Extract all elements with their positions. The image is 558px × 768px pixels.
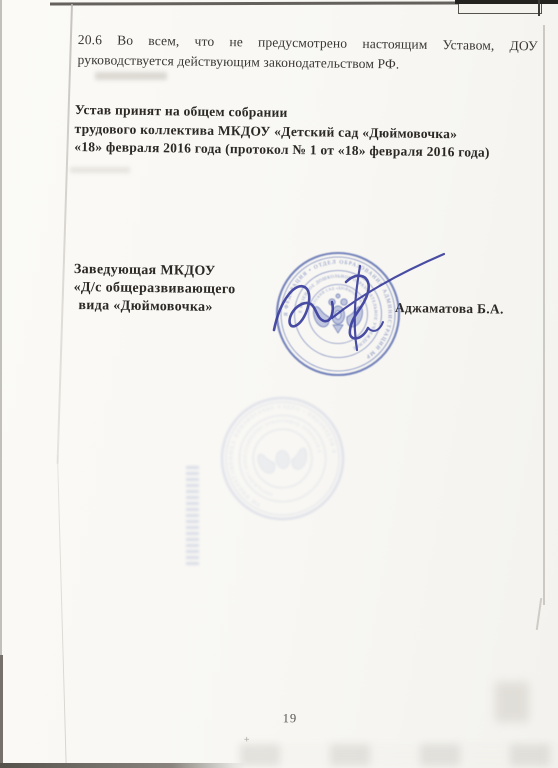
- bleed-stamp-emblem: [257, 447, 308, 474]
- signatory-line-3: вида «Дюймовочка»: [73, 297, 235, 317]
- signatory-line-2: «Д/с общеразвивающего: [73, 279, 235, 299]
- clause-20-6-paragraph: 20.6 Во всем, что не предусмотрено насто…: [77, 30, 538, 76]
- scan-top-edge-line-right: [455, 0, 558, 4]
- ink-bleedthrough-text: [186, 466, 199, 568]
- signatory-title-block: Заведующая МКДОУ «Д/с общеразвивающего в…: [73, 261, 236, 317]
- bleed-stamp-outer-text: • РОССИЙСКАЯ ФЕДЕРАЦИЯ • ОТДЕЛ ОБРАЗОВАН…: [219, 386, 355, 511]
- adoption-statement: Устав принят на общем собрании трудового…: [74, 101, 490, 162]
- scan-right-edge-curve: [536, 598, 542, 630]
- page-fold-line-lower: [57, 455, 67, 768]
- scan-underlying-page-corner: [458, 4, 542, 14]
- scan-smudge: [70, 167, 130, 173]
- svg-text:• РОССИЙСКАЯ ФЕДЕРАЦИЯ • ОТДЕ: • РОССИЙСКАЯ ФЕДЕРАЦИЯ • ОТДЕЛ ОБРАЗОВАН…: [219, 386, 355, 511]
- scan-bottom-shading: [240, 744, 558, 766]
- scan-left-edge-shadow: [0, 655, 3, 768]
- scanner-registration-mark: +: [244, 735, 249, 745]
- scan-left-edge: [0, 0, 2, 768]
- scanned-charter-page: + 20.6 Во всем, что не предусмотрено нас…: [0, 0, 558, 768]
- scan-top-right-tick: [538, 0, 540, 16]
- scan-top-edge-line: [50, 1, 458, 5]
- page-fold-line-upper: [57, 4, 73, 464]
- scan-smudge: [95, 72, 167, 80]
- scan-smudge: [495, 682, 529, 722]
- scan-bottom-edge: [0, 763, 246, 768]
- signatory-line-1: Заведующая МКДОУ: [74, 261, 236, 281]
- scan-right-edge: [543, 25, 545, 605]
- bleedthrough-stamp: • РОССИЙСКАЯ ФЕДЕРАЦИЯ • ОТДЕЛ ОБРАЗОВАН…: [210, 386, 356, 532]
- page-number: 19: [268, 711, 312, 727]
- handwritten-signature: [262, 238, 462, 366]
